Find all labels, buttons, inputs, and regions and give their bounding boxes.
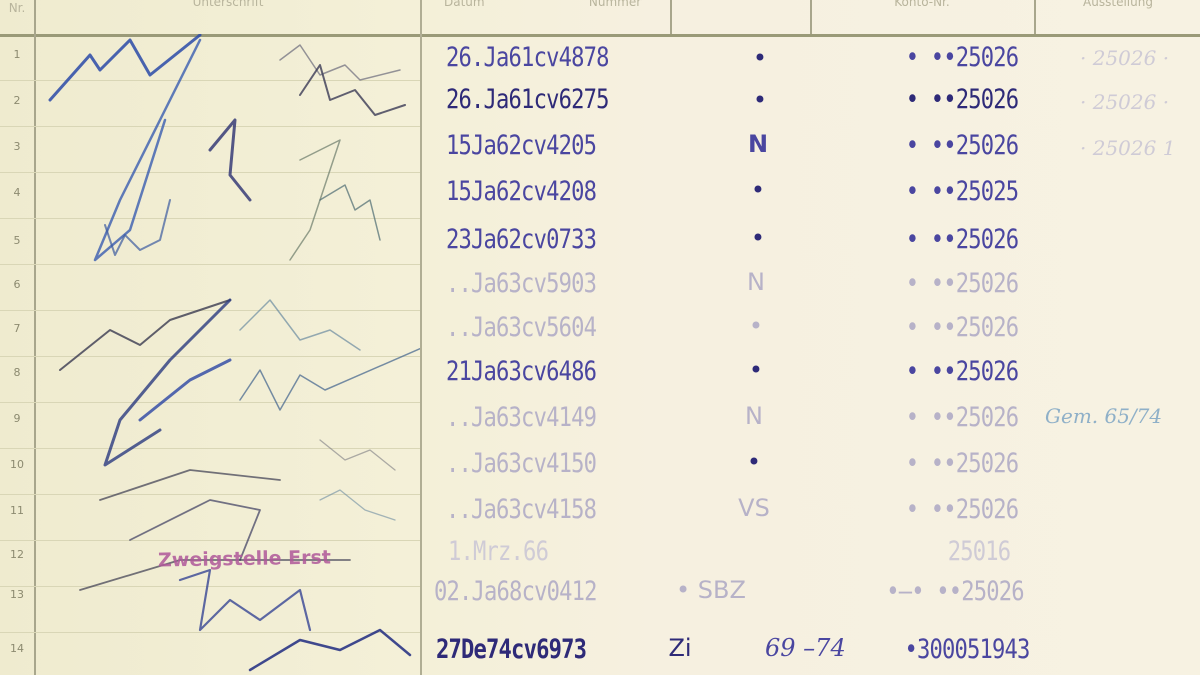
ledger-row: 6 ..Ja63cv5903 N • ••25026 [0, 268, 1200, 314]
row-code: 27De74cv6973 [436, 634, 586, 665]
ledger-row: 8 21Ja63cv6486 • • ••25026 [0, 356, 1200, 402]
row-number: 7 [6, 322, 28, 335]
ledger-row: 13 02.Ja68cv0412 • SBZ •–• ••25026 [0, 576, 1200, 622]
ledger-row: 1 26.Ja61cv4878 • • ••25026 · 25026 · [0, 38, 1200, 84]
row-number: 1 [6, 48, 28, 61]
row-mark: • [734, 448, 774, 476]
row-number: 8 [6, 366, 28, 379]
ledger-row: 2 26.Ja61cv6275 • • ••25026 · 25026 · [0, 84, 1200, 130]
row-mark: • [738, 176, 778, 204]
row-number: 10 [6, 458, 28, 471]
header-nr: Nr. [0, 2, 34, 36]
row-account: • ••25025 [905, 176, 1018, 207]
rule-header-2 [810, 0, 812, 34]
row-account: •–• ••25026 [886, 576, 1024, 607]
row-extra-note: 69 –74 [765, 634, 846, 662]
row-account: • ••25026 [905, 356, 1018, 387]
row-number: 11 [6, 504, 28, 517]
row-code: 26.Ja61cv4878 [446, 42, 609, 73]
row-code: ..Ja63cv4149 [446, 402, 596, 433]
ledger-row: 14 27De74cv6973 Zi 69 –74 •300051943 [0, 634, 1200, 675]
row-mark: • [736, 312, 776, 340]
row-remark: · 25026 1 [1080, 136, 1175, 160]
row-code: ..Ja63cv5903 [446, 268, 596, 299]
row-code: 02.Ja68cv0412 [434, 576, 597, 607]
row-account: • ••25026 [905, 268, 1018, 299]
ledger-row: 9 ..Ja63cv4149 N • ••25026 Gem. 65/74 [0, 402, 1200, 448]
row-mark: • [738, 224, 778, 252]
row-code: 15Ja62cv4208 [446, 176, 596, 207]
row-number: 12 [6, 548, 28, 561]
row-number: 2 [6, 94, 28, 107]
row-mark: N [734, 402, 774, 430]
row-remark: · 25026 · [1080, 46, 1169, 70]
row-number: 4 [6, 186, 28, 199]
ledger-row: 7 ..Ja63cv5604 • • ••25026 [0, 312, 1200, 358]
header-date: Datum [424, 0, 534, 30]
ledger-row: 3 15Ja62cv4205 N • ••25026 · 25026 1 [0, 130, 1200, 176]
ledger-header: Nr. Unterschrift Datum Nummer Konto-Nr. … [0, 0, 1200, 37]
row-account: • ••25026 [905, 84, 1018, 115]
ledger-row: 10 ..Ja63cv4150 • • ••25026 [0, 448, 1200, 494]
row-mark: N [736, 268, 776, 296]
row-code: ..Ja63cv4158 [446, 494, 596, 525]
rule-header-1 [670, 0, 672, 34]
header-account: Konto-Nr. [812, 0, 1032, 30]
row-account: • ••25026 [905, 494, 1018, 525]
ledger-row: 4 15Ja62cv4208 • • ••25025 [0, 176, 1200, 222]
row-code: 21Ja63cv6486 [446, 356, 596, 387]
ledger-row: 11 ..Ja63cv4158 VS • ••25026 [0, 494, 1200, 540]
row-mark: • SBZ [676, 576, 756, 604]
row-code: ..Ja63cv5604 [446, 312, 596, 343]
row-account: • ••25026 [905, 312, 1018, 343]
row-mark: • [740, 44, 780, 72]
row-mark: Zi [660, 634, 700, 662]
row-account: 25016 [947, 536, 1010, 567]
header-remark: Ausstellung [1036, 0, 1200, 30]
row-code: 23Ja62cv0733 [446, 224, 596, 255]
row-number: 14 [6, 642, 28, 655]
row-mark: • [736, 356, 776, 384]
row-mark: VS [734, 494, 774, 522]
row-account: • ••25026 [905, 224, 1018, 255]
row-code: 26.Ja61cv6275 [446, 84, 609, 115]
row-account: • ••25026 [905, 130, 1018, 161]
row-number: 3 [6, 140, 28, 153]
row-account: • ••25026 [905, 42, 1018, 73]
row-number: 5 [6, 234, 28, 247]
row-account: • ••25026 [905, 402, 1018, 433]
ledger-row: 5 23Ja62cv0733 • • ••25026 [0, 224, 1200, 270]
header-signature: Unterschrift [36, 0, 420, 30]
row-number: 13 [6, 588, 28, 601]
row-mark: N [738, 130, 778, 158]
row-remark: Gem. 65/74 [1045, 404, 1162, 428]
header-number: Nummer [560, 0, 670, 30]
row-code: 15Ja62cv4205 [446, 130, 596, 161]
row-code: ..Ja63cv4150 [446, 448, 596, 479]
row-code: 1.Mrz.66 [448, 536, 548, 567]
row-mark: • [740, 86, 780, 114]
row-account: •300051943 [905, 634, 1030, 665]
ledger-page: Nr. Unterschrift Datum Nummer Konto-Nr. … [0, 0, 1200, 675]
row-number: 9 [6, 412, 28, 425]
row-number: 6 [6, 278, 28, 291]
row-account: • ••25026 [905, 448, 1018, 479]
rule-header-3 [1034, 0, 1036, 34]
row-remark: · 25026 · [1080, 90, 1169, 114]
